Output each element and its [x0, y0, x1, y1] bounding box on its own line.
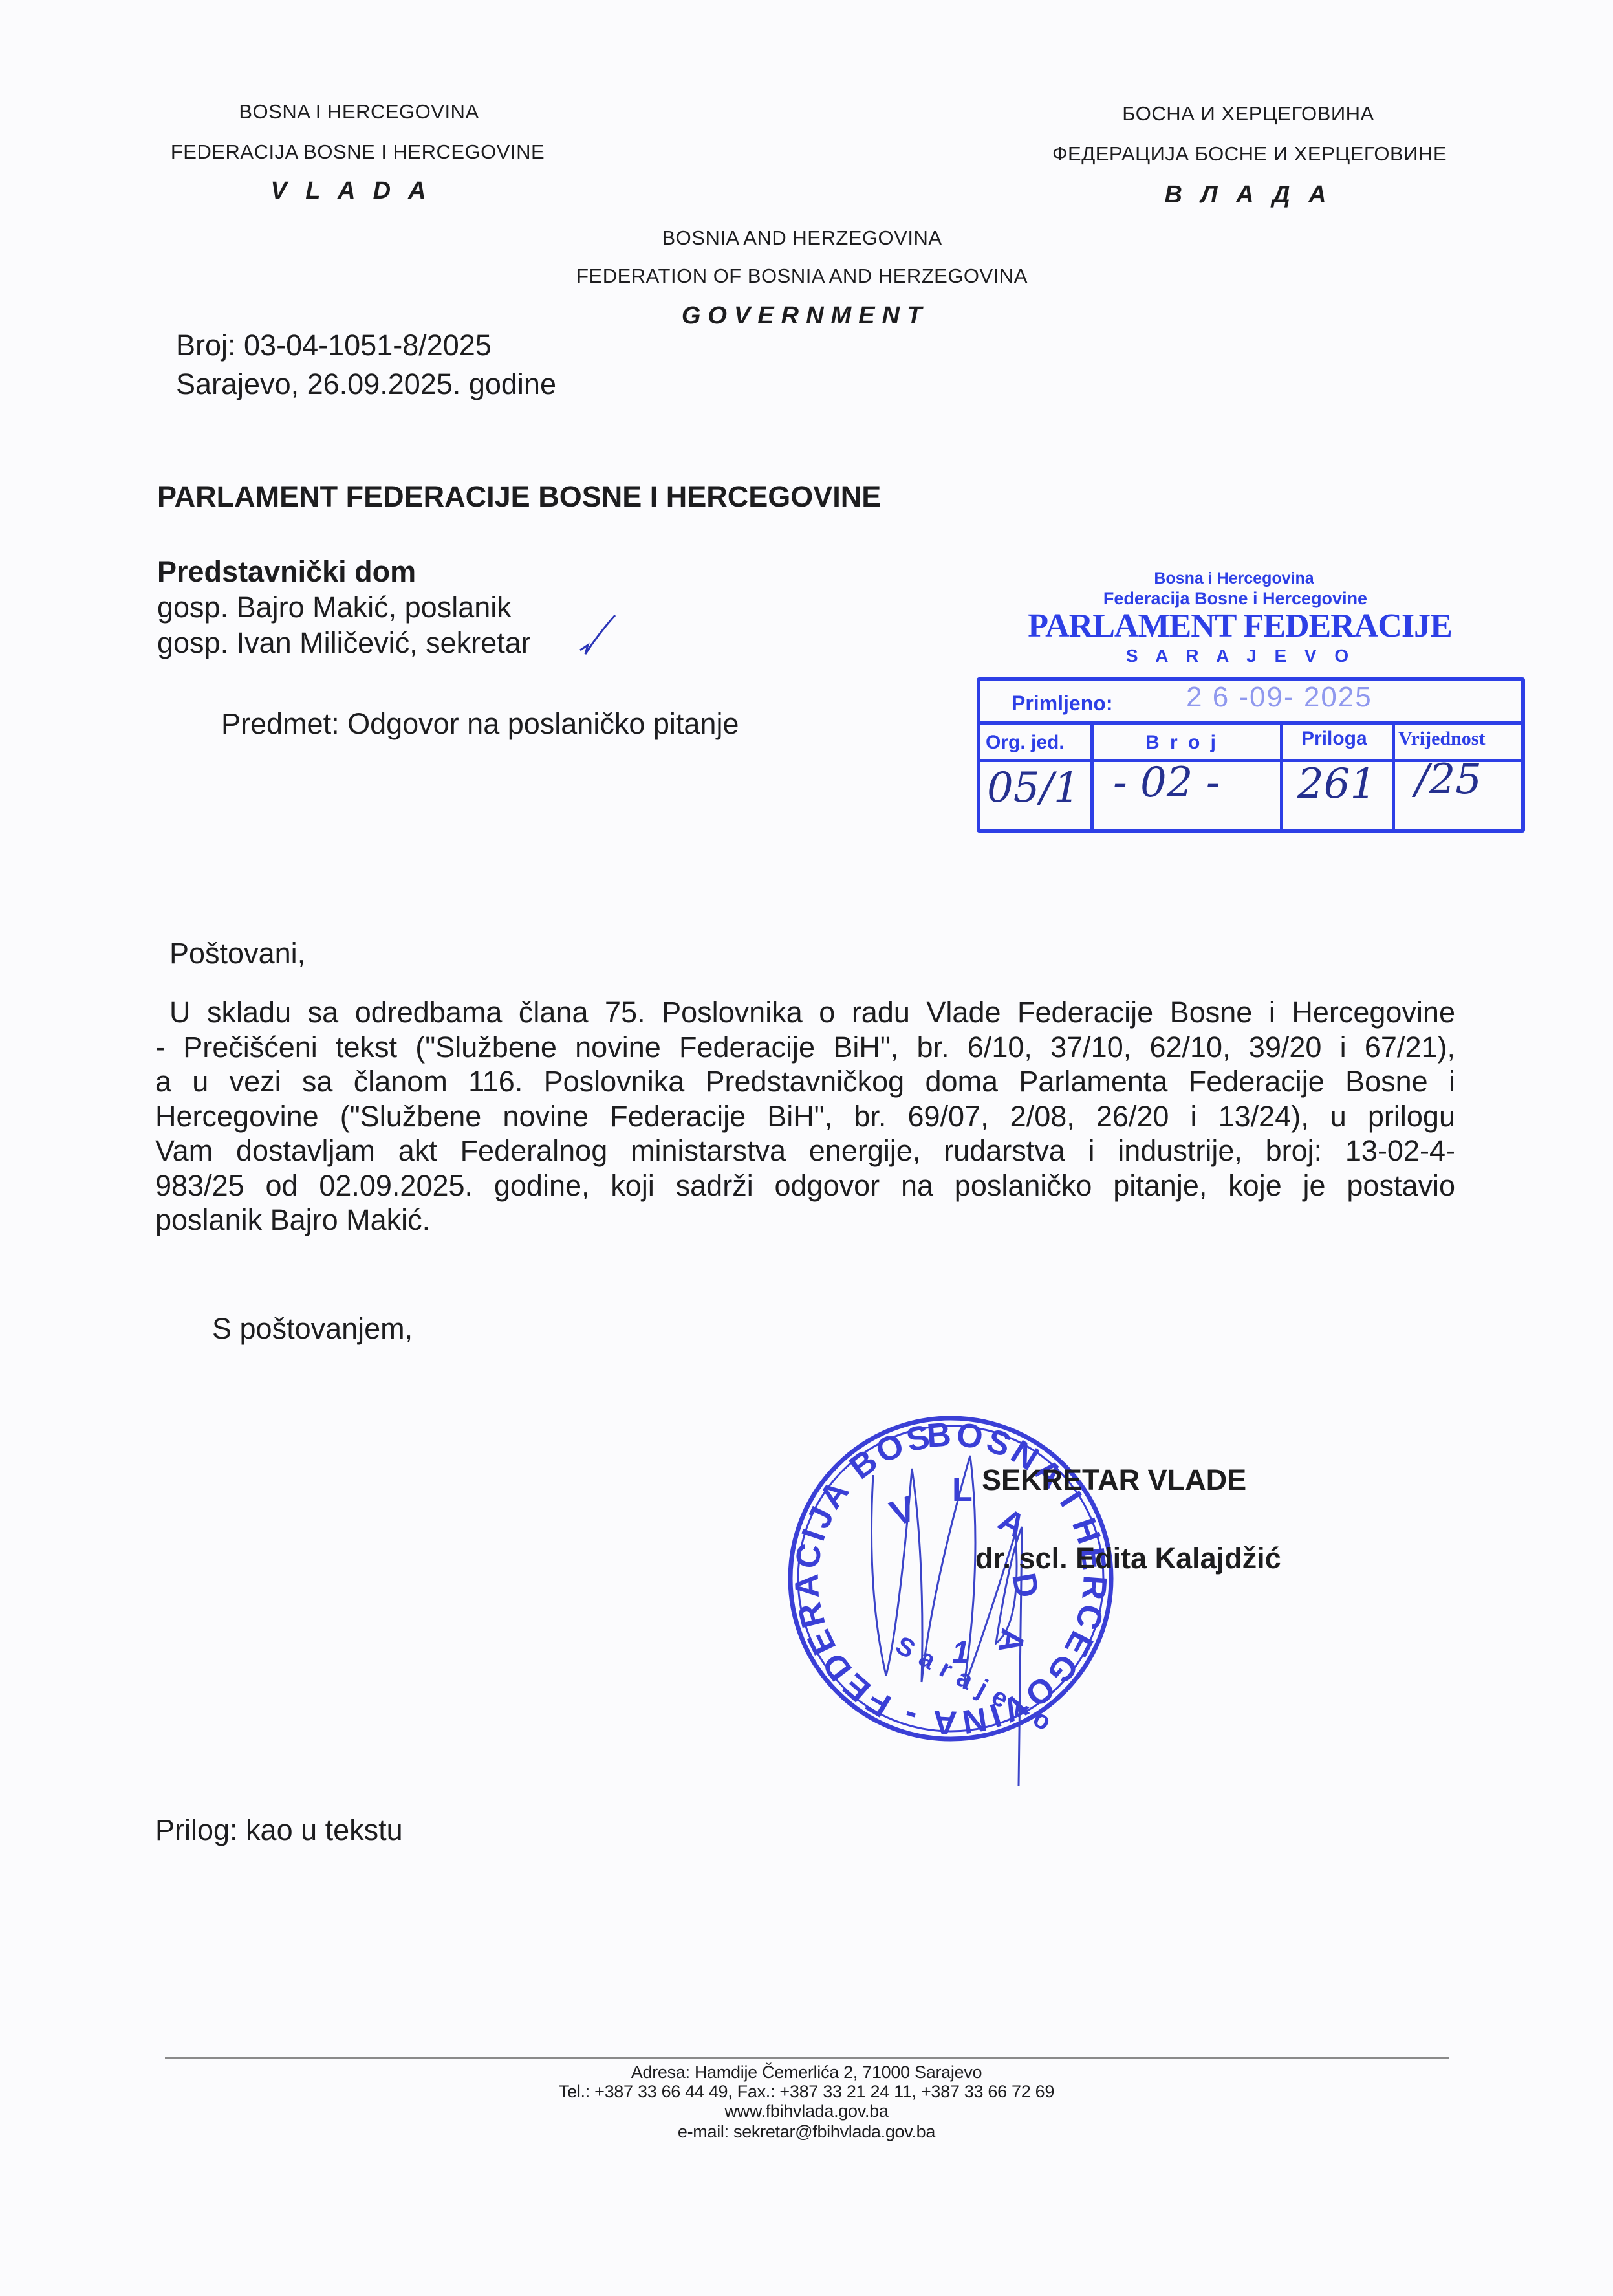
recipient-person-1: gosp. Bajro Makić, poslanik — [157, 591, 512, 624]
letterhead-left-federation: FEDERACIJA BOSNE I HERCEGOVINE — [171, 140, 545, 164]
footer-phones: Tel.: +387 33 66 44 49, Fax.: +387 33 21… — [559, 2082, 1054, 2102]
recipient-house: Predstavnički dom — [157, 555, 416, 589]
stamp-city: S A R A J E V O — [1126, 646, 1355, 666]
stamp-col-value: Vrijednost — [1398, 728, 1485, 750]
attachment-note: Prilog: kao u tekstu — [155, 1813, 403, 1847]
reference-place-date: Sarajevo, 26.09.2025. godine — [176, 367, 556, 401]
stamp-received-label: Primljeno: — [1012, 692, 1112, 716]
body-paragraph: U skladu sa odredbama člana 75. Poslovni… — [155, 995, 1455, 1238]
checkmark-icon — [579, 611, 618, 660]
subject-line: Predmet: Odgovor na poslaničko pitanje — [221, 707, 739, 741]
stamp-col-number: B r o j — [1145, 732, 1218, 754]
stamp-val-number: - 02 - — [1113, 759, 1220, 807]
letterhead-center-country: BOSNIA AND HERZEGOVINA — [662, 226, 942, 250]
signature-title: SEKRETAR VLADE — [982, 1463, 1246, 1497]
paragraph-line: poslanik Bajro Makić. — [155, 1203, 1455, 1238]
stamp-val-attachments: 261 — [1297, 760, 1376, 808]
stamp-country: Bosna i Hercegovina — [1154, 569, 1314, 588]
stamp-val-value: /25 — [1415, 756, 1482, 804]
closing: S poštovanjem, — [212, 1312, 413, 1346]
letterhead-left-government: V L A D A — [270, 177, 431, 205]
paragraph-line: a u vezi sa članom 116. Poslovnika Preds… — [155, 1064, 1455, 1099]
signature-name: dr. scl. Edita Kalajdžić — [975, 1542, 1281, 1575]
greeting: Poštovani, — [169, 937, 305, 970]
footer-address: Adresa: Hamdije Čemerlića 2, 71000 Saraj… — [631, 2062, 982, 2083]
letterhead-right-federation: ФЕДЕРАЦИЈА БОСНЕ И ХЕРЦЕГОВИНЕ — [1052, 142, 1447, 166]
letterhead-left-country: BOSNA I HERCEGOVINA — [239, 100, 479, 124]
stamp-col-org: Org. jed. — [986, 732, 1065, 754]
footer-website[interactable]: www.fbihvlada.gov.ba — [724, 2101, 888, 2121]
footer-email[interactable]: e-mail: sekretar@fbihvlada.gov.ba — [678, 2122, 935, 2142]
stamp-parliament: PARLAMENT FEDERACIJE — [1028, 607, 1452, 645]
letterhead-center-federation: FEDERATION OF BOSNIA AND HERZEGOVINA — [576, 265, 1028, 288]
footer-divider — [165, 2057, 1449, 2059]
received-stamp-box: Primljeno: 2 6 -09- 2025 Org. jed. B r o… — [977, 677, 1525, 833]
stamp-col-attachments: Priloga — [1301, 728, 1367, 750]
paragraph-line: Hercegovine ("Službene novine Federacije… — [155, 1099, 1455, 1134]
letterhead-center-government: GOVERNMENT — [682, 302, 929, 330]
recipient-institution: PARLAMENT FEDERACIJE BOSNE I HERCEGOVINE — [157, 480, 881, 514]
reference-number: Broj: 03-04-1051-8/2025 — [176, 329, 492, 362]
recipient-person-2: gosp. Ivan Miličević, sekretar — [157, 626, 531, 660]
paragraph-line: 983/25 od 02.09.2025. godine, koji sadrž… — [155, 1168, 1455, 1203]
letterhead-right-government: В Л А Д А — [1164, 181, 1332, 209]
paragraph-line: U skladu sa odredbama člana 75. Poslovni… — [155, 995, 1455, 1030]
stamp-federation: Federacija Bosne i Hercegovine — [1103, 589, 1367, 609]
stamp-received-date: 2 6 -09- 2025 — [1186, 681, 1372, 714]
stamp-val-org: 05/1 — [987, 764, 1080, 812]
paragraph-line: Vam dostavljam akt Federalnog ministarst… — [155, 1133, 1455, 1168]
paragraph-line: - Prečišćeni tekst ("Službene novine Fed… — [155, 1030, 1455, 1065]
letterhead-right-country: БОСНА И ХЕРЦЕГОВИНА — [1122, 102, 1374, 126]
